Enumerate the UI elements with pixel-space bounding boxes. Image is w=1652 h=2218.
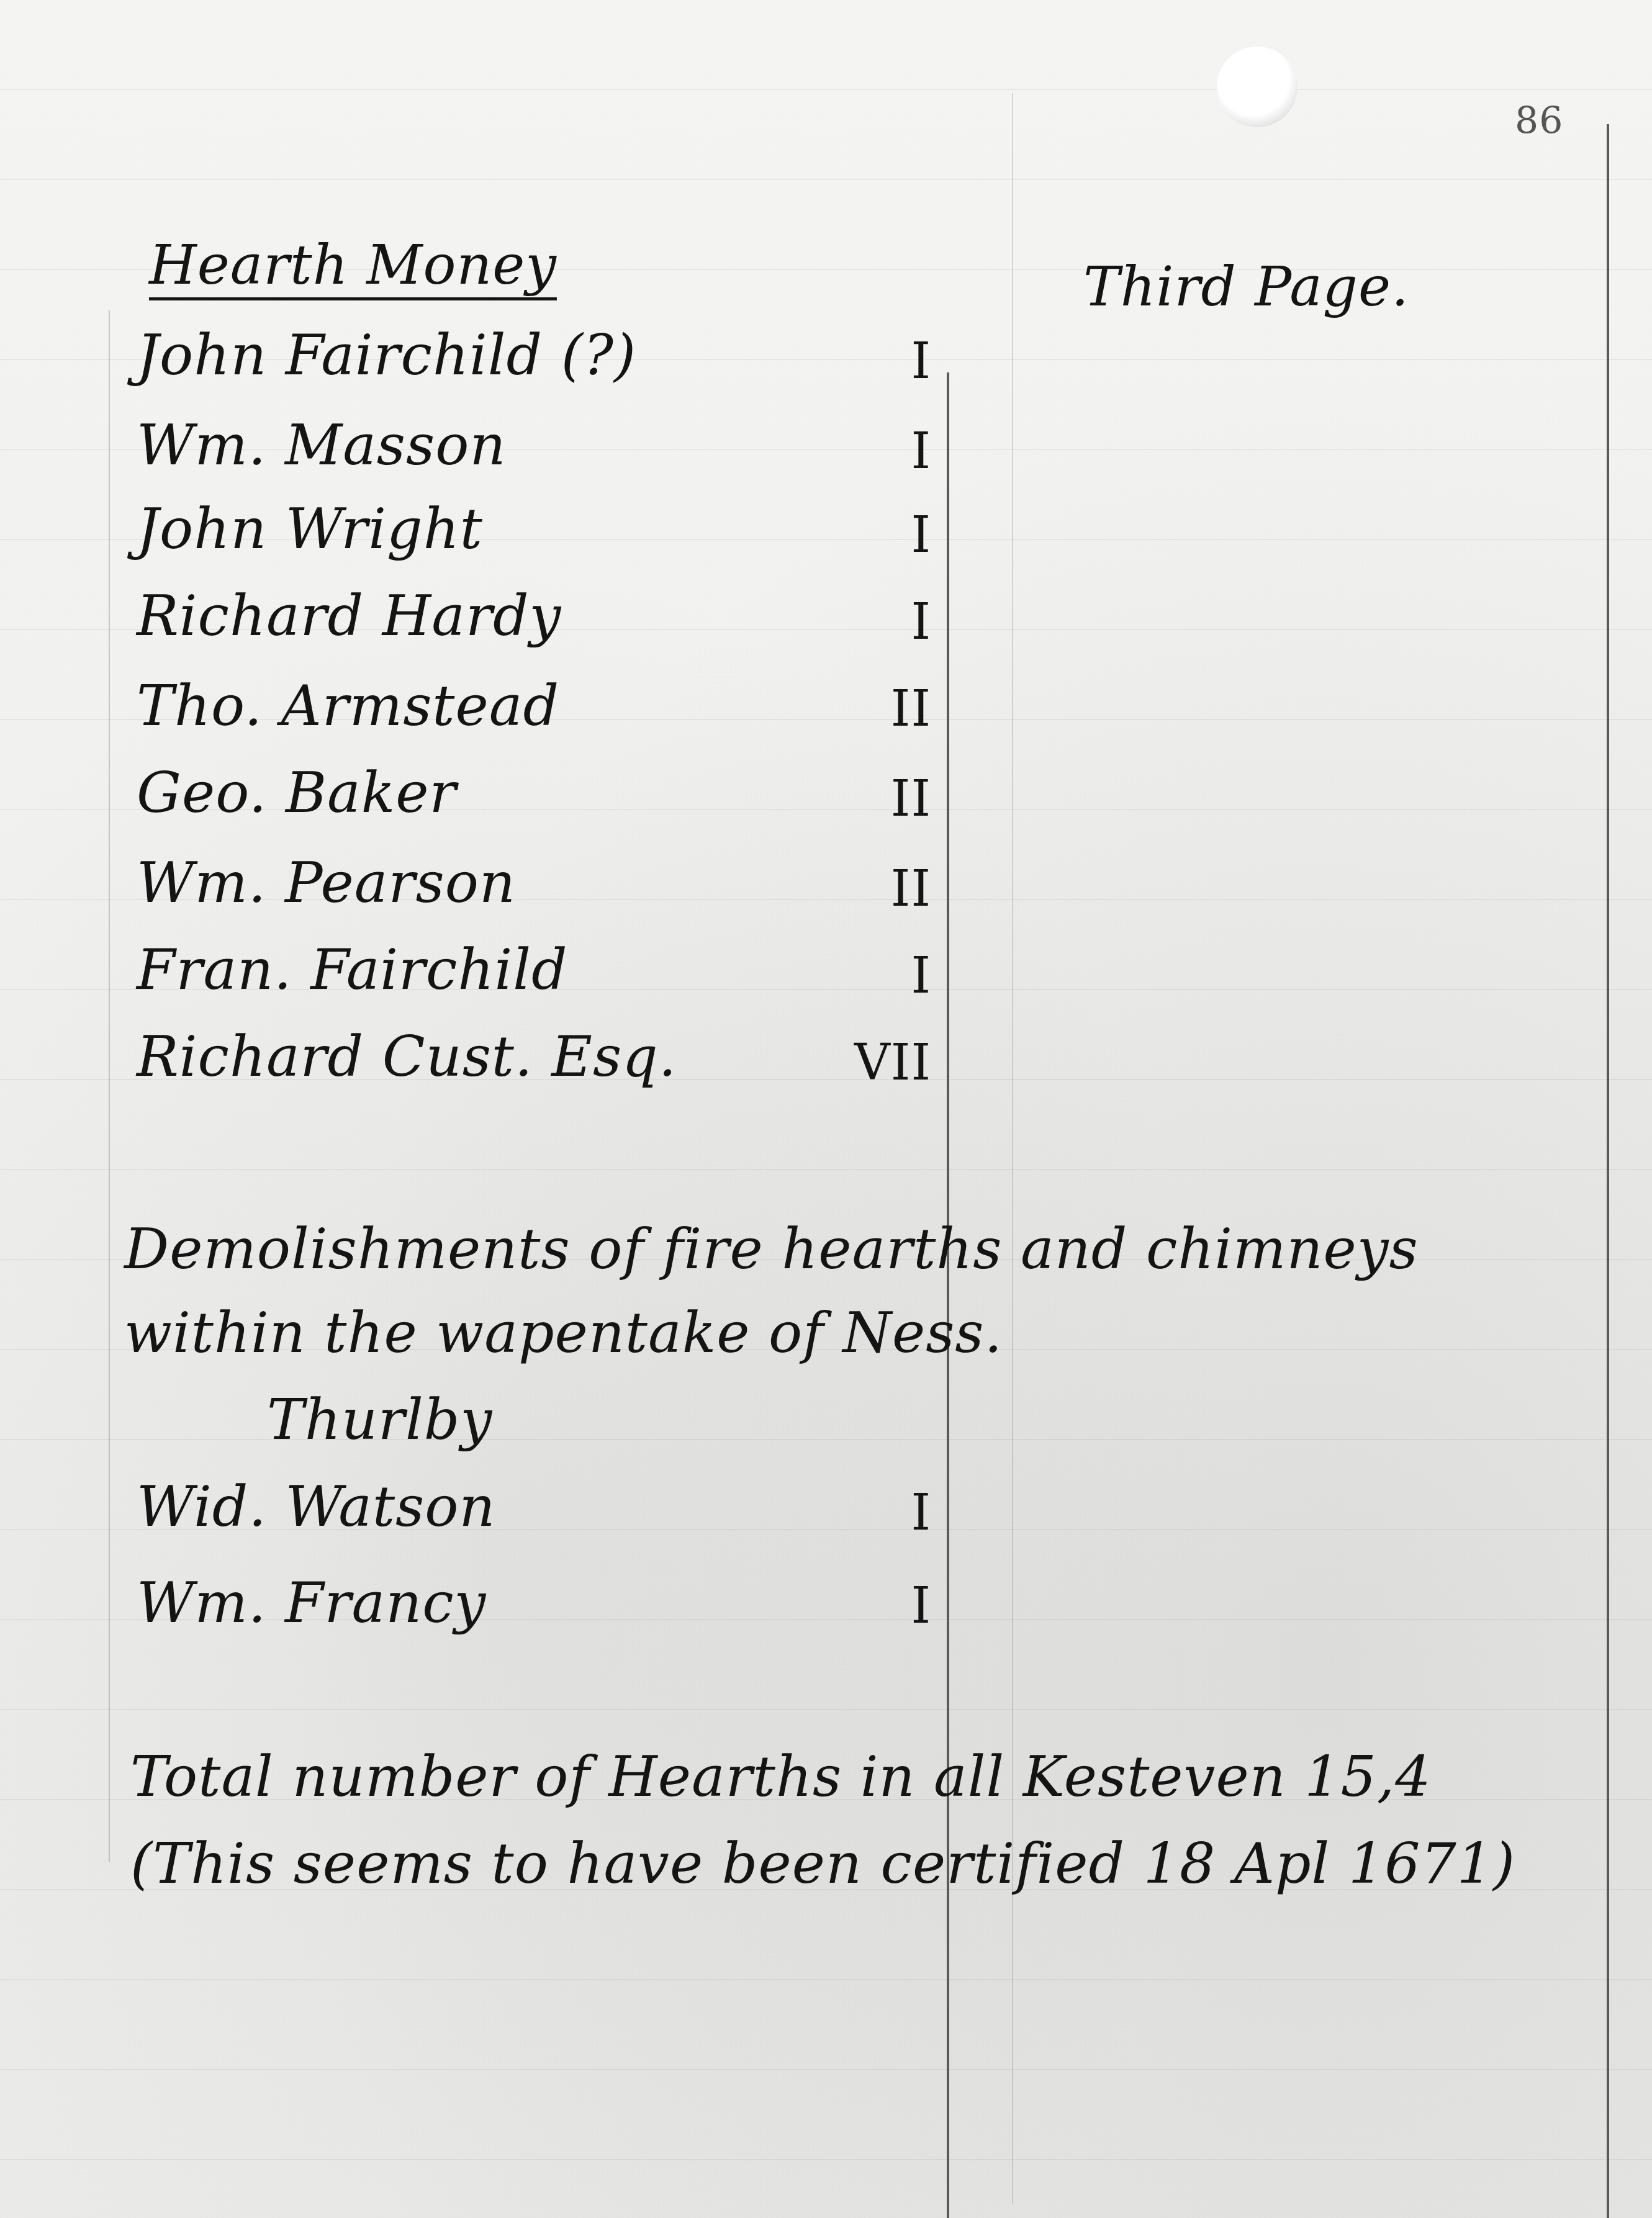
page-label: Third Page. [1083,255,1409,318]
column-divider-line [947,372,949,2218]
entry-hearths: VII [807,1034,931,1091]
demolished-entry-hearths: I [807,1484,931,1541]
document-page: 86 Hearth Money Third Page. John Fairchi… [0,0,1652,2218]
entry-name: Geo. Baker [137,760,457,826]
page-number: 86 [1515,99,1563,143]
entry-name: Richard Cust. Esq. [137,1024,677,1089]
entry-name: John Fairchild (?) [137,323,636,388]
entry-name: Richard Hardy [137,584,561,649]
entry-hearths: I [807,422,931,480]
document-title: Hearth Money [149,233,557,297]
entry-name: Wm. Pearson [137,850,516,916]
entry-name: Wm. Masson [137,413,506,478]
place-name: Thurlby [267,1387,492,1453]
left-margin-rule [109,310,110,1862]
entry-hearths: I [807,947,931,1004]
entry-name: Tho. Armstead [137,674,559,739]
punch-hole [1217,47,1298,127]
demolished-entry-name: Wid. Watson [137,1474,495,1540]
entry-hearths: I [807,593,931,651]
entry-hearths: II [807,680,931,737]
entry-hearths: II [807,770,931,827]
entry-hearths: I [807,506,931,564]
total-line: Total number of Hearths in all Kesteven … [130,1744,1432,1810]
entry-name: Fran. Fairchild [137,937,568,1003]
demolishments-heading-line2: within the wapentake of Ness. [124,1301,1003,1366]
right-margin-line [1607,124,1609,2218]
entry-name: John Wright [137,497,483,562]
demolished-entry-hearths: I [807,1577,931,1634]
demolished-entry-name: Wm. Francy [137,1571,486,1636]
certification-note: (This seems to have been certified 18 Ap… [130,1831,1515,1896]
entry-hearths: II [807,860,931,917]
demolishments-heading-line1: Demolishments of fire hearths and chimne… [124,1217,1419,1282]
entry-hearths: I [807,332,931,390]
